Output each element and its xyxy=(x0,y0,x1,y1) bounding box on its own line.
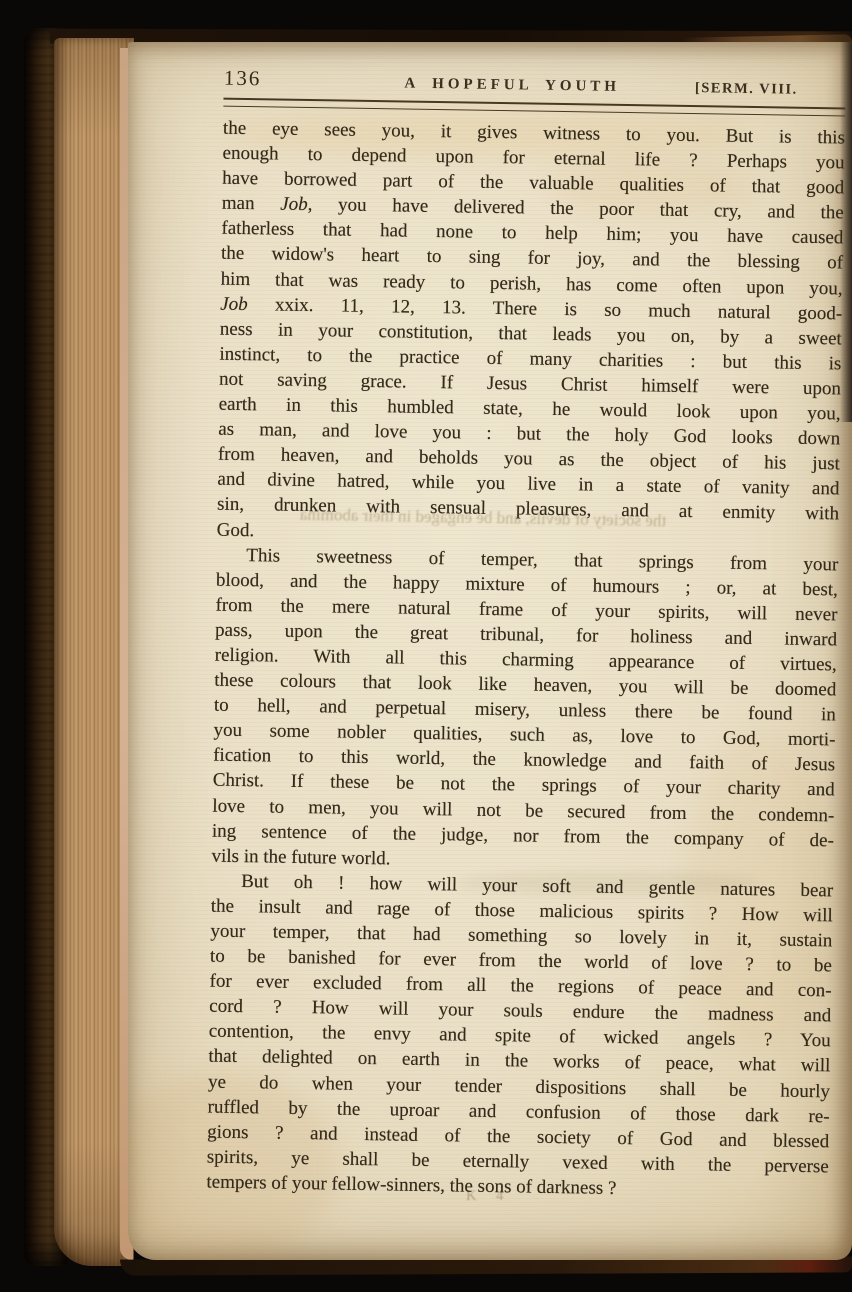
paragraph: the eye sees you, it gives witness to yo… xyxy=(217,116,846,552)
book-page: the society of devils, and be engaged in… xyxy=(128,42,852,1260)
book: the society of devils, and be engaged in… xyxy=(24,20,852,1272)
paragraph: This sweetness of temper, that springs f… xyxy=(211,542,838,878)
scan-background: the society of devils, and be engaged in… xyxy=(0,0,852,1292)
section-label: [SERM. VIII. xyxy=(681,80,846,100)
paragraph: But oh ! how will your soft and gentle n… xyxy=(206,868,833,1204)
running-title: A HOPEFUL YOUTH xyxy=(344,75,681,97)
page-content: 136 A HOPEFUL YOUTH [SERM. VIII. the eye… xyxy=(206,66,846,1205)
page-number: 136 xyxy=(224,66,344,93)
header-rule xyxy=(223,98,845,117)
page-header: 136 A HOPEFUL YOUTH [SERM. VIII. xyxy=(224,66,846,101)
page-text: the eye sees you, it gives witness to yo… xyxy=(206,116,845,1205)
